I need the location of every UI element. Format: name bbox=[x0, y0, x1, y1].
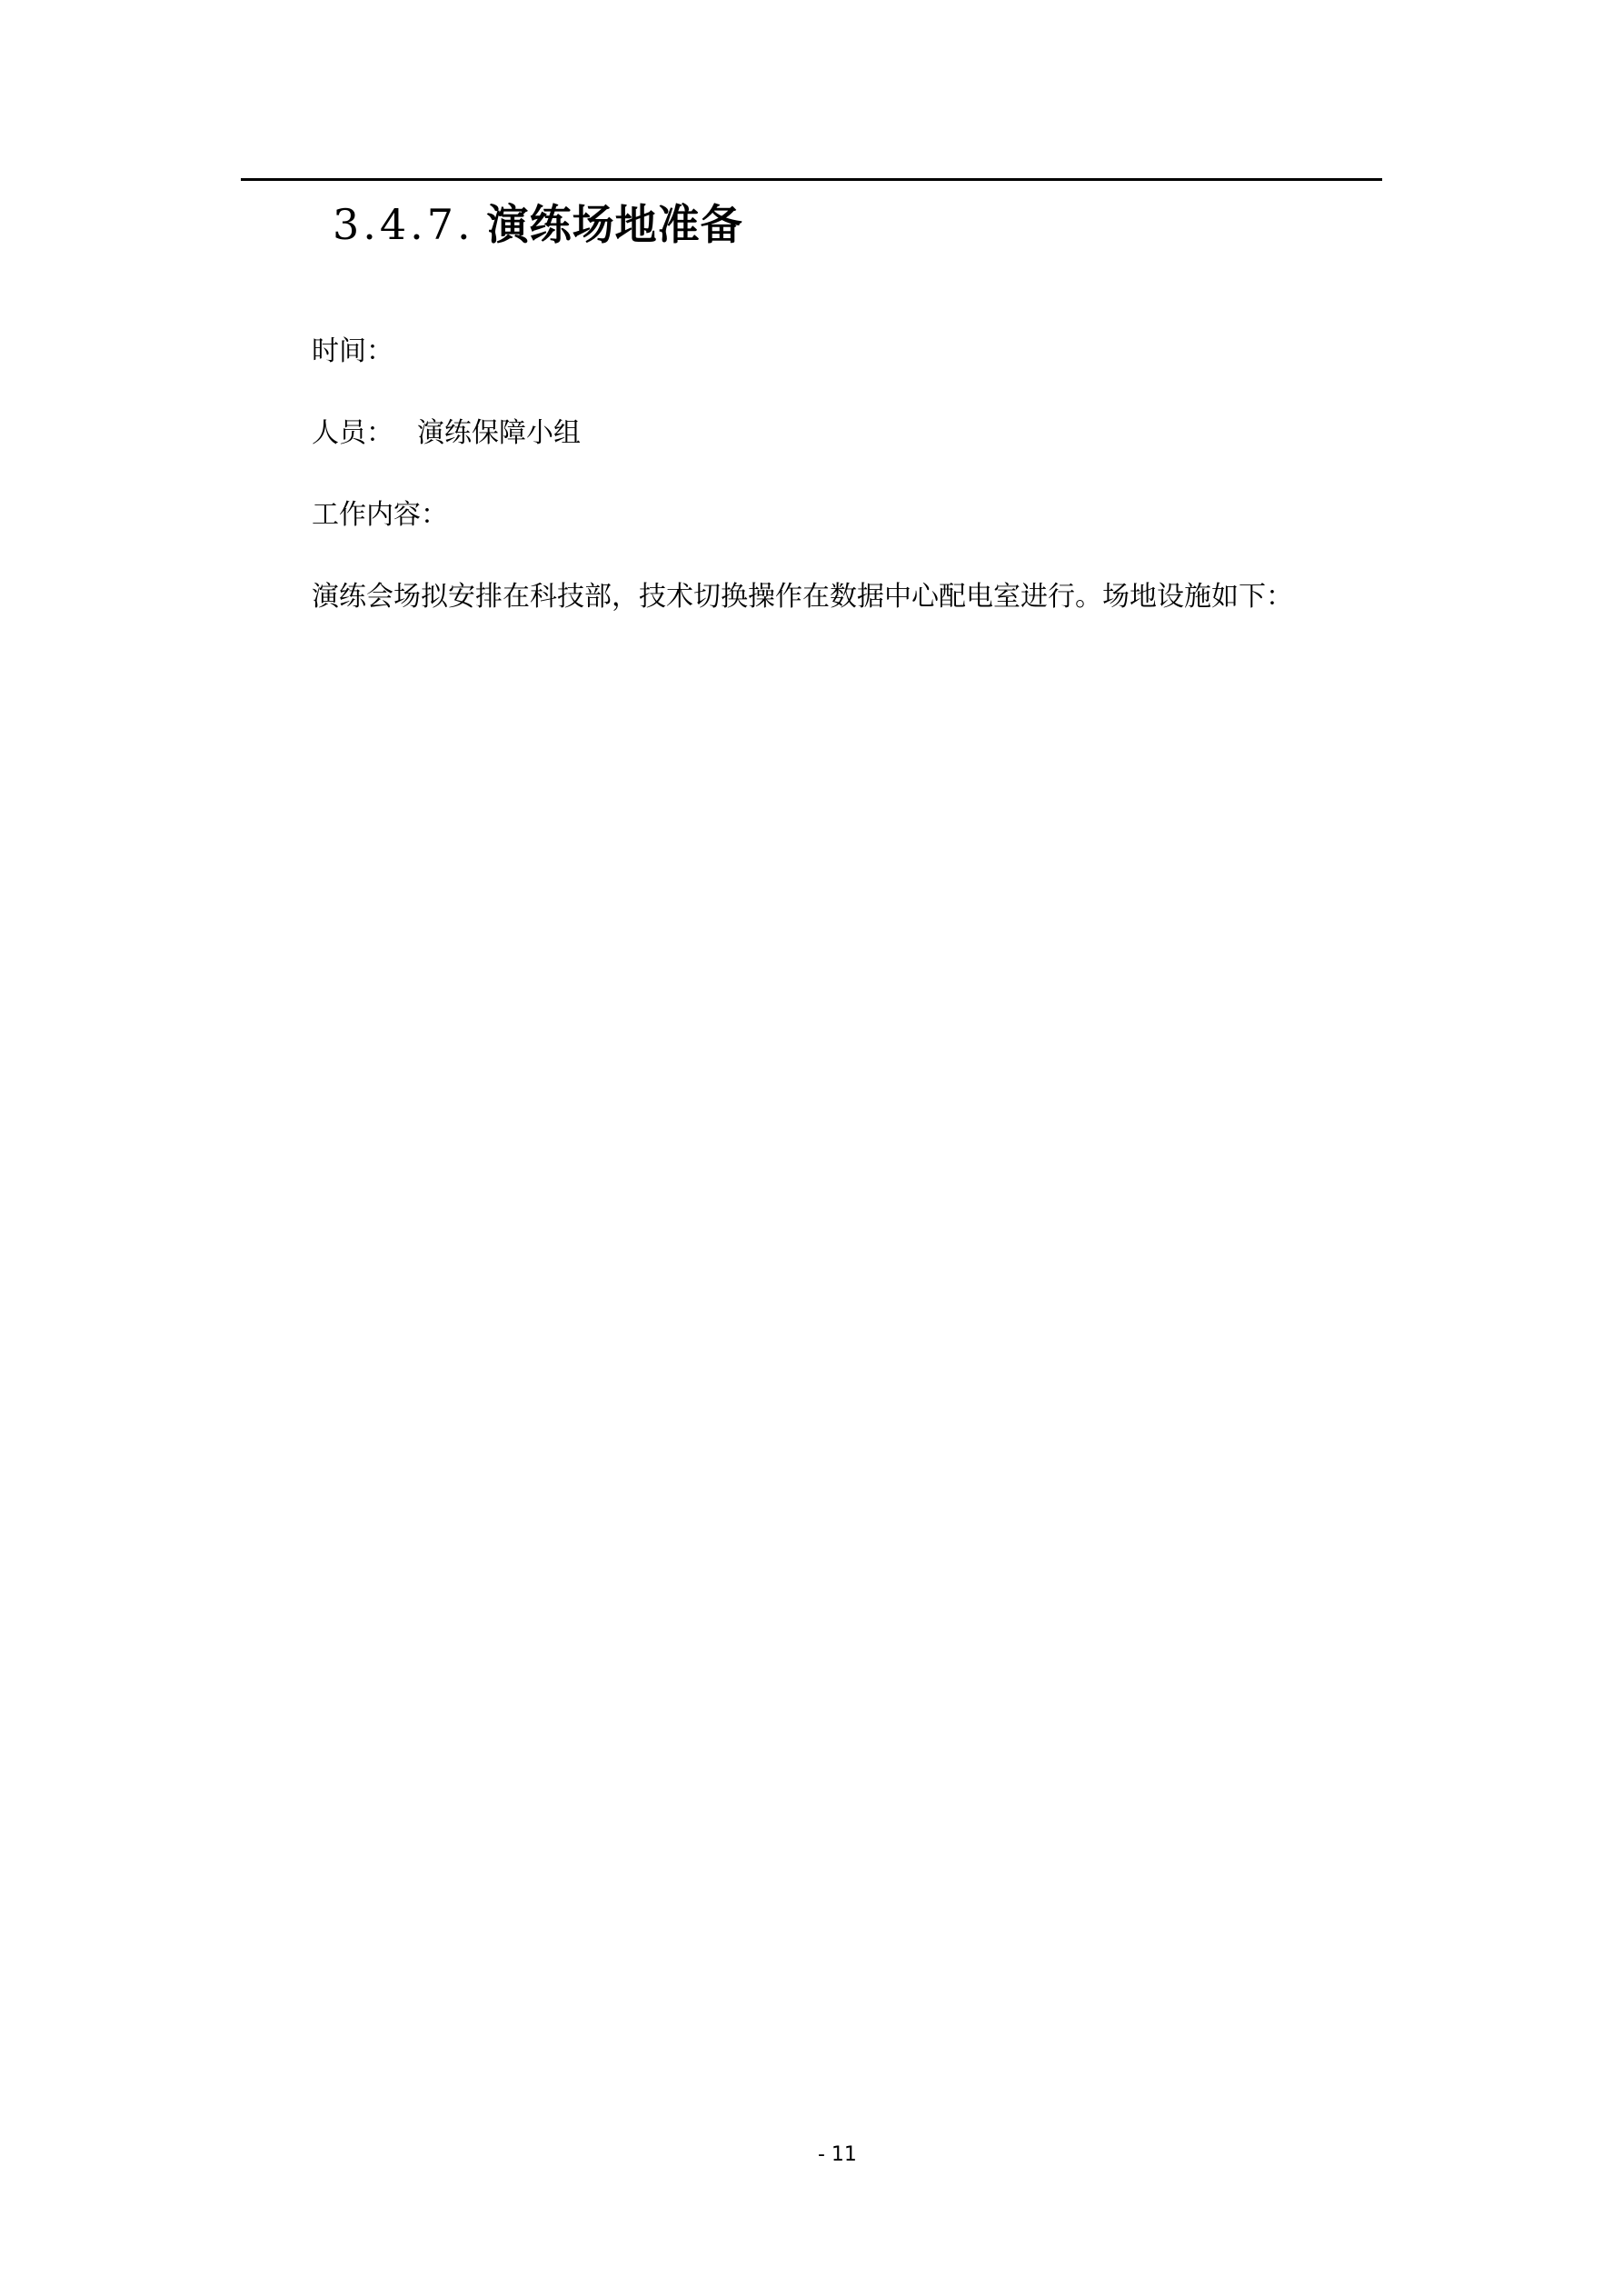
field-personnel-value: 演练保障小组 bbox=[417, 417, 581, 449]
field-time-label: 时间： bbox=[312, 335, 393, 367]
section-title: 演练场地准备 bbox=[487, 200, 743, 249]
field-work-content-label: 工作内容： bbox=[312, 499, 448, 531]
section-heading: 3.4.7.演练场地准备 bbox=[333, 195, 743, 254]
document-page: 3.4.7.演练场地准备 时间： 人员：演练保障小组 工作内容： 演练会场拟安排… bbox=[0, 0, 1623, 2296]
header-divider bbox=[241, 178, 1382, 181]
page-number: - 11 bbox=[818, 2141, 857, 2169]
field-personnel-label: 人员： bbox=[312, 417, 393, 449]
field-personnel: 人员：演练保障小组 bbox=[312, 414, 581, 453]
body-paragraph: 演练会场拟安排在科技部，技术切换操作在数据中心配电室进行。场地设施如下： bbox=[312, 578, 1293, 616]
section-number: 3.4.7. bbox=[333, 200, 474, 249]
field-work-content: 工作内容： bbox=[312, 496, 448, 534]
field-time: 时间： bbox=[312, 333, 393, 371]
